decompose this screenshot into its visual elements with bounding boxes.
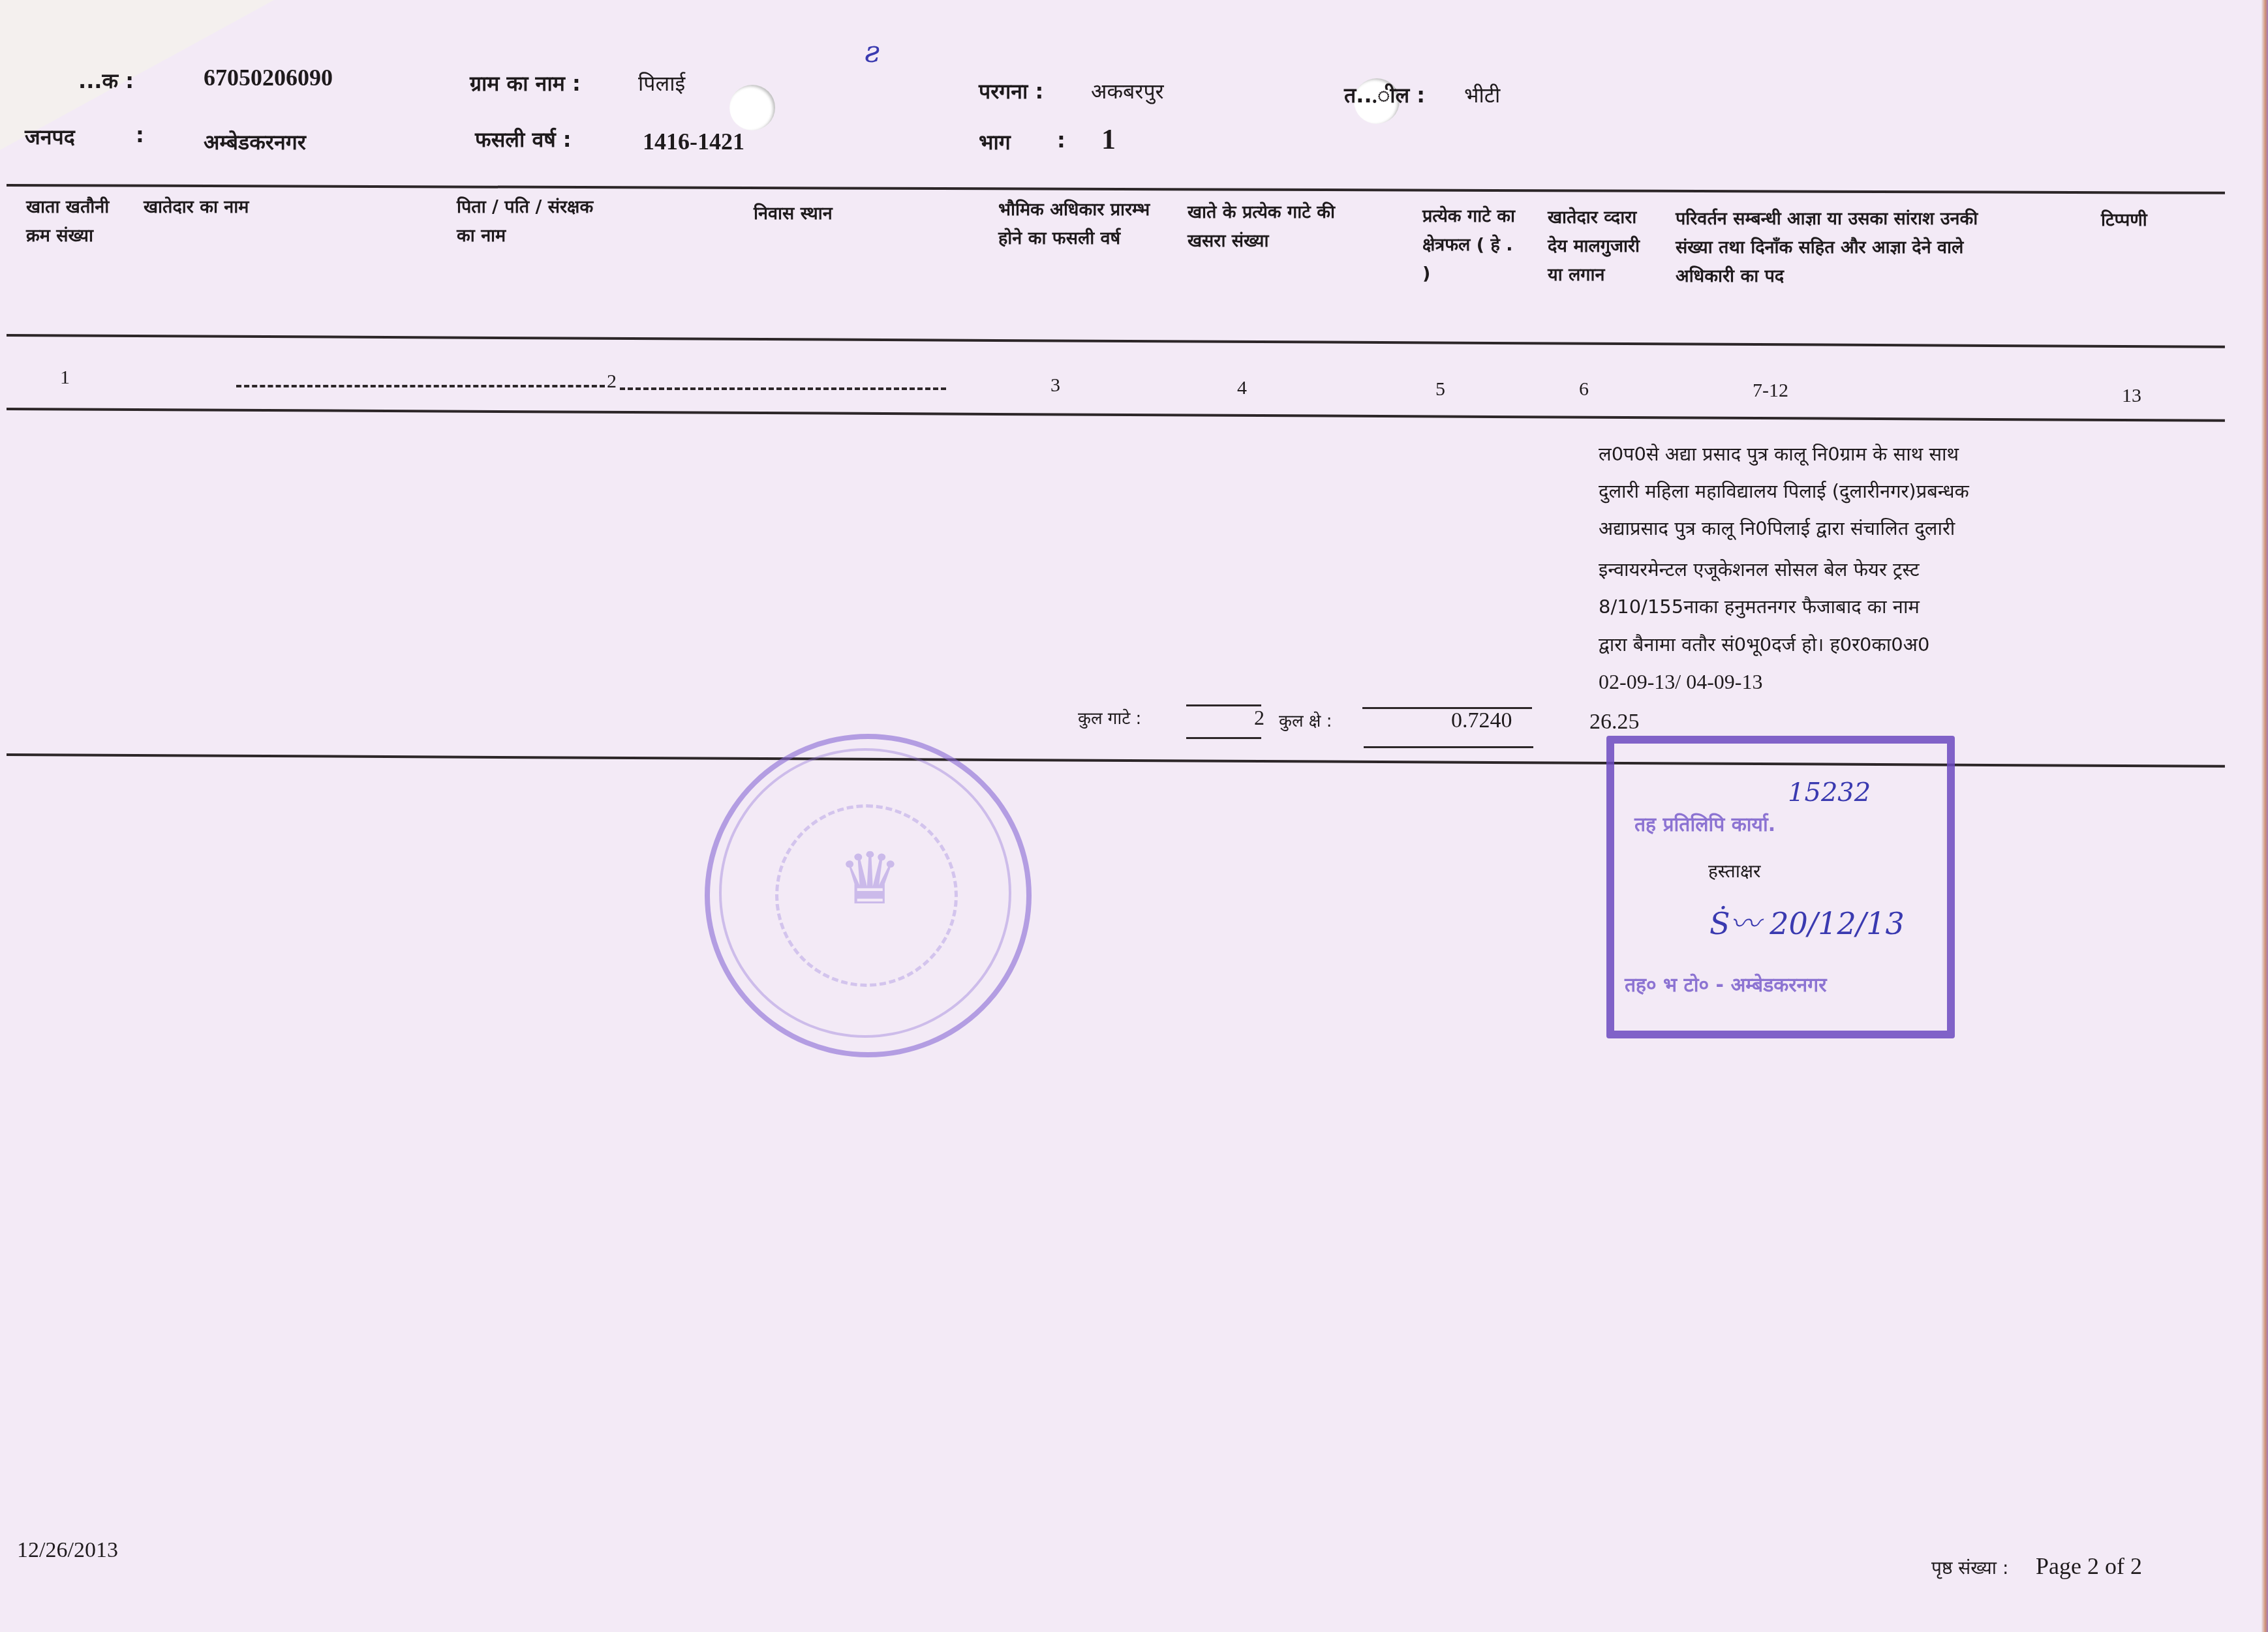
- column-number-5: 5: [1435, 378, 1445, 400]
- column-header-order: परिवर्तन सम्बन्धी आज्ञा या उसका सांराश उ…: [1676, 205, 2015, 291]
- village-label: ग्राम का नाम :: [470, 69, 581, 97]
- page-edge: [2261, 0, 2268, 1632]
- fasli-label: फसली वर्ष :: [475, 125, 572, 153]
- column-number-1: 1: [60, 367, 70, 389]
- column-header-area: प्रत्येक गाटे का क्षेत्रफल ( हे . ): [1422, 202, 1520, 288]
- signature-label: हस्ताक्षर: [1708, 858, 1761, 883]
- column-header-khatedar: खातेदार का नाम: [144, 193, 352, 222]
- order-text-line: द्वारा बैनामा वतौर सं0भू0दर्ज हो। ह0र0का…: [1599, 626, 1929, 663]
- column-number-2: 2: [607, 370, 617, 393]
- page-number: Page 2 of 2: [2036, 1552, 2142, 1580]
- total-plots-overline: [1186, 704, 1261, 706]
- order-text-line: दुलारी महिला महाविद्यालय पिलाई (दुलारीनग…: [1599, 473, 1969, 510]
- total-plots-value: 2: [1254, 706, 1264, 730]
- dashed-line-right: [620, 387, 946, 390]
- order-text-line: अद्याप्रसाद पुत्र कालू नि0पिलाई द्वारा स…: [1599, 510, 1955, 547]
- total-plots-underline: [1186, 737, 1261, 739]
- tehsil-value: भीटी: [1464, 81, 1500, 109]
- total-plots-label: कुल गाटे :: [1078, 706, 1141, 729]
- village-value: पिलाई: [638, 69, 685, 97]
- stamp-office-bottom: तह० भ टो० - अम्बेडकरनगर: [1625, 971, 1826, 997]
- district-value: अम्बेडकरनगर: [204, 128, 306, 156]
- column-number-3: 3: [1050, 374, 1060, 397]
- pargana-value: अकबरपुर: [1091, 77, 1164, 105]
- pargana-label: परगना :: [979, 77, 1043, 105]
- handwritten-number: 15232: [1788, 778, 1871, 808]
- column-header-father: पिता / पति / संरक्षक का नाम: [457, 193, 600, 250]
- print-date: 12/26/2013: [17, 1538, 118, 1563]
- column-header-residence: निवास स्थान: [754, 200, 897, 228]
- part-label: भाग: [979, 128, 1011, 156]
- emblem-icon: ♛: [838, 837, 902, 920]
- column-number-7-12: 7-12: [1753, 380, 1788, 402]
- part-sep: :: [1057, 128, 1065, 153]
- total-area-label: कुल क्षे :: [1279, 708, 1332, 732]
- signature: Ṡ〰 20/12/13: [1709, 900, 1905, 943]
- column-header-khata: खाता खतौनी क्रम संख्या: [26, 193, 124, 250]
- order-text-line: ल0प0से अद्या प्रसाद पुत्र कालू नि0ग्राम …: [1599, 436, 1959, 473]
- code-label: ...क :: [78, 67, 134, 95]
- column-header-remarks: टिप्पणी: [2101, 206, 2199, 235]
- district-label: जनपद: [25, 123, 75, 151]
- order-text-date: 02-09-13/ 04-09-13: [1599, 663, 1763, 701]
- official-seal: ♛: [705, 734, 1032, 1057]
- code-value: 67050206090: [204, 64, 333, 91]
- part-value: 1: [1101, 123, 1116, 156]
- tehsil-label: त...ील :: [1344, 81, 1425, 109]
- punch-hole: [729, 85, 775, 130]
- dashed-line-left: [236, 385, 605, 387]
- column-header-revenue: खातेदार व्दारा देय मालगुजारी या लगान: [1548, 204, 1646, 290]
- total-area-underline: [1364, 746, 1533, 748]
- column-header-khasra: खाते के प्रत्येक गाटे की खसरा संख्या: [1188, 198, 1364, 256]
- total-area-value: 0.7240: [1451, 708, 1512, 733]
- column-number-13: 13: [2122, 385, 2141, 407]
- order-text-line: इन्वायरमेन्टल एजूकेशनल सोसल बेल फेयर ट्र…: [1599, 551, 1920, 588]
- total-revenue-value: 26.25: [1589, 710, 1640, 734]
- stamp-office-top: तह प्रतिलिपि कार्या.: [1634, 810, 1775, 837]
- order-text-line: 8/10/155नाका हनुमतनगर फैजाबाद का नाम: [1599, 588, 1920, 626]
- page-number-label: पृष्ठ संख्या :: [1931, 1555, 2008, 1580]
- handwritten-mark: ƨ: [865, 34, 880, 69]
- column-header-right-year: भौमिक अधिकार प्रारम्भ होने का फसली वर्ष: [998, 196, 1155, 253]
- district-sep: :: [136, 123, 144, 147]
- column-number-6: 6: [1579, 378, 1589, 400]
- numbers-bottom-rule: [7, 408, 2225, 422]
- column-number-4: 4: [1237, 377, 1247, 399]
- header-bottom-rule: [7, 334, 2225, 348]
- fasli-value: 1416-1421: [643, 128, 744, 155]
